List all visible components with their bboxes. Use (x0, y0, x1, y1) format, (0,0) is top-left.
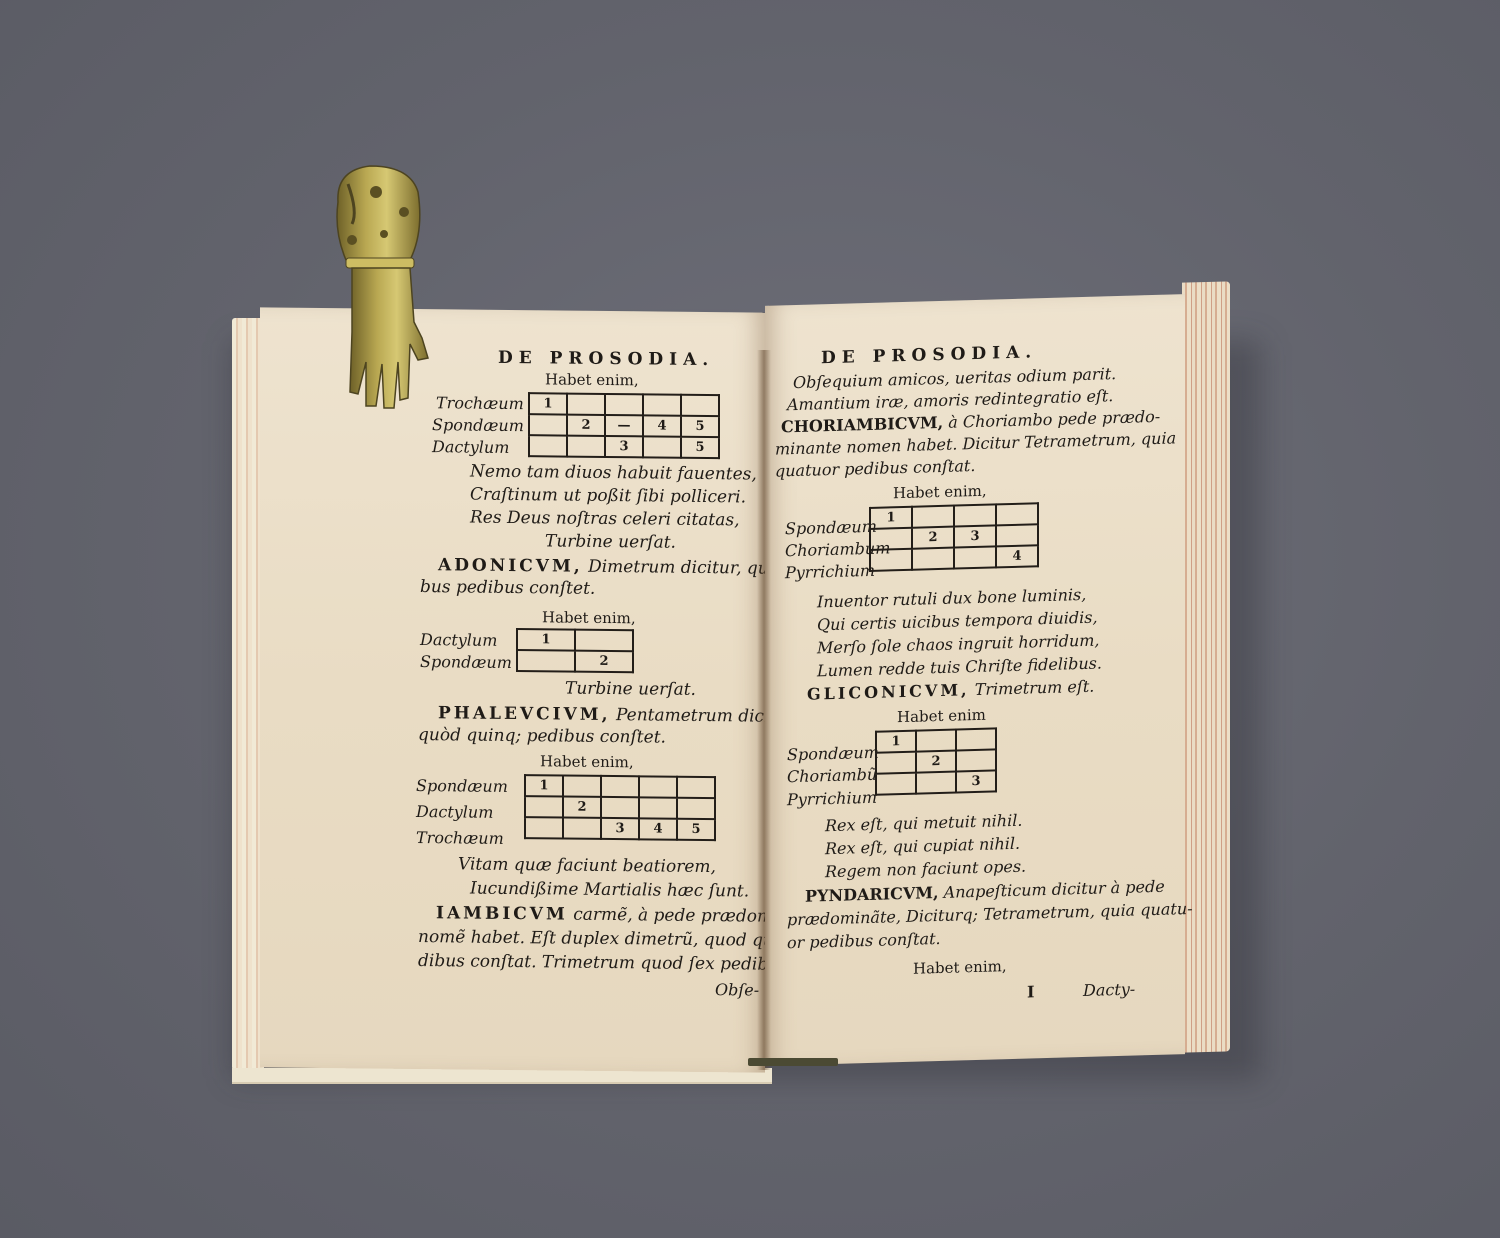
habet-enim: Habet enim, (545, 370, 639, 389)
meter-grid-glyconic: 1 2 3 (875, 727, 997, 795)
habet-enim: Habet enim, (913, 957, 1007, 978)
verse-line: Regem non faciunt opes. (825, 857, 1026, 882)
verse-line: Inuentor rutuli dux bone luminis, (817, 585, 1086, 612)
habet-enim: Habet enim, (540, 752, 634, 771)
adonicum-paragraph-cont: bus pedibus conſtet. (420, 577, 595, 599)
verse-line: Vitam quæ faciunt beatiorem, (458, 854, 716, 877)
brass-hand-bookmark-icon (318, 162, 438, 412)
pyndaricum-paragraph-cont: or pedibus conſtat. (787, 929, 941, 952)
running-head-left: DE PROSODIA. (498, 348, 714, 370)
book-gutter (757, 350, 771, 1070)
spine-edge (748, 1058, 838, 1066)
verse-line: Qui certis uicibus tempora diuidis, (817, 608, 1098, 635)
left-page: DE PROSODIA. Habet enim, Trochæum Spondæ… (260, 307, 765, 1072)
habet-enim: Habet enim, (542, 608, 636, 627)
meter-grid-trochaic: 1 2—45 35 (528, 392, 720, 459)
verse-line: Lumen redde tuis Chriſte fidelibus. (817, 653, 1102, 680)
foot-label: Dactylum (420, 630, 497, 650)
foot-label: Choriambũ (787, 765, 877, 787)
meter-grid-phalaecian: 1 2 345 (524, 774, 716, 841)
signature-mark: I (1027, 982, 1034, 1001)
verse-line: Iucundißime Martialis hæc ſunt. (470, 879, 749, 902)
verse-line: Nemo tam diuos habuit fauentes, (470, 462, 757, 485)
foot-label: Trochæum (436, 393, 524, 413)
foot-label: Spondæum (432, 415, 524, 435)
running-head-right: DE PROSODIA. (821, 342, 1037, 368)
verse-line: Turbine uerſat. (565, 679, 696, 700)
catchword: Dacty- (1083, 980, 1135, 1000)
meter-grid-adonic: 1 2 (516, 628, 634, 673)
phaleucium-paragraph-cont: quòd quinq; pedibus conſtet. (418, 725, 666, 748)
foot-label: Spondæum (787, 743, 879, 765)
verse-line: Rex eſt, qui metuit nihil. (825, 811, 1022, 836)
foot-label: Pyrrichium (787, 788, 877, 810)
photo-scene: DE PROSODIA. Habet enim, Trochæum Spondæ… (0, 0, 1500, 1238)
foot-label: Trochæum (416, 828, 504, 848)
verse-line: Merſo ſole chaos ingruit horridum, (817, 631, 1100, 658)
verse-line: Turbine uerſat. (545, 531, 676, 552)
foot-label: Pyrrichium (785, 561, 875, 583)
foot-label: Spondæum (785, 517, 877, 539)
foot-label: Spondæum (420, 652, 512, 672)
foot-label: Dactylum (416, 802, 493, 822)
habet-enim: Habet enim, (893, 482, 987, 503)
foot-label: Dactylum (432, 437, 509, 457)
verse-line: Rex eſt, qui cupiat nihil. (825, 834, 1020, 858)
habet-enim: Habet enim (897, 706, 986, 726)
choriambicum-paragraph-cont: quatuor pedibus conſtat. (775, 456, 975, 481)
right-page: DE PROSODIA. Obſequium amicos, ueritas o… (765, 294, 1185, 1066)
catchword: Obſe- (715, 980, 759, 999)
verse-line: Craſtinum ut poßit ſibi polliceri. (470, 485, 746, 508)
phaleucium-paragraph: PHALEVCIVM, Pentametrum dicitur, (438, 703, 799, 727)
gliconicum-paragraph: GLICONICVM, Trimetrum eſt. (807, 677, 1094, 704)
verse-line: Res Deus noſtras celeri citatas, (470, 508, 740, 531)
meter-grid-choriambic: 1 23 4 (869, 502, 1039, 572)
foot-label: Spondæum (416, 776, 508, 796)
right-fore-edge (1182, 281, 1230, 1052)
